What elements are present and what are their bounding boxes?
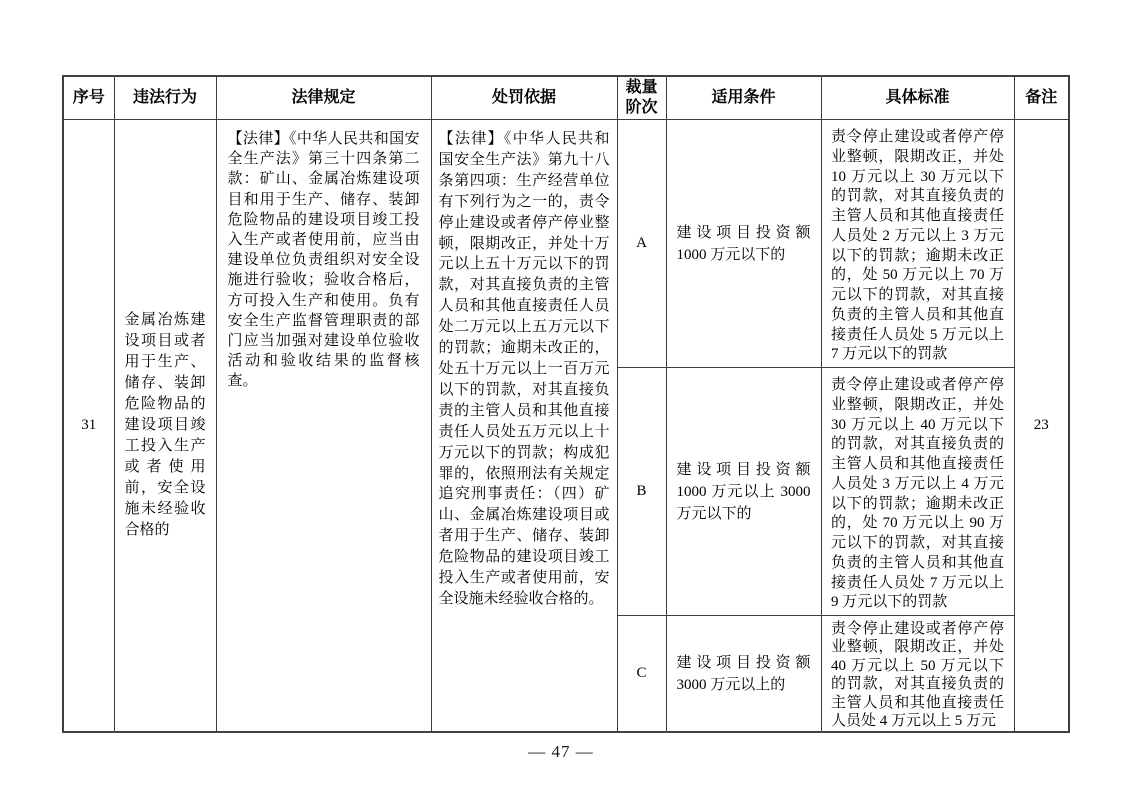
cell-tier-a-condition: 建设项目投资额 1000 万元以下的 xyxy=(666,120,821,368)
table-header-row: 序号 违法行为 法律规定 处罚依据 裁量阶次 适用条件 具体标准 备注 xyxy=(63,76,1069,120)
header-discretion-tier: 裁量阶次 xyxy=(617,76,666,120)
cell-tier-c-standard: 责令停止建设或者停产停业整顿，限期改正，并处 40 万元以上 50 万元以下的罚… xyxy=(821,616,1014,733)
cell-seq: 31 xyxy=(63,120,114,733)
cell-tier-b-standard: 责令停止建设或者停产停业整顿，限期改正，并处 30 万元以上 40 万元以下的罚… xyxy=(821,368,1014,616)
cell-legal-provision: 【法律】《中华人民共和国安全生产法》第三十四条第二款：矿山、金属冶炼建设项目和用… xyxy=(216,120,431,733)
table-row-tier-a: 31 金属冶炼建设项目或者用于生产、储存、装卸危险物品的建设项目竣工投入生产或者… xyxy=(63,120,1069,368)
cell-tier-b-condition: 建设项目投资额 1000 万元以上 3000 万元以下的 xyxy=(666,368,821,616)
penalty-discretion-table: 序号 违法行为 法律规定 处罚依据 裁量阶次 适用条件 具体标准 备注 31 金… xyxy=(62,75,1070,733)
header-legal-provision: 法律规定 xyxy=(216,76,431,120)
header-applicable-condition: 适用条件 xyxy=(666,76,821,120)
cell-tier-b-level: B xyxy=(617,368,666,616)
cell-tier-a-level: A xyxy=(617,120,666,368)
cell-penalty-basis: 【法律】《中华人民共和国安全生产法》第九十八条第四项：生产经营单位有下列行为之一… xyxy=(431,120,617,733)
header-specific-standard: 具体标准 xyxy=(821,76,1014,120)
page-number: — 47 — xyxy=(0,742,1122,762)
header-seq: 序号 xyxy=(63,76,114,120)
cell-tier-a-standard: 责令停止建设或者停产停业整顿，限期改正，并处 10 万元以上 30 万元以下的罚… xyxy=(821,120,1014,368)
header-penalty-basis: 处罚依据 xyxy=(431,76,617,120)
cell-tier-c-condition: 建设项目投资额 3000 万元以上的 xyxy=(666,616,821,733)
cell-violation: 金属冶炼建设项目或者用于生产、储存、装卸危险物品的建设项目竣工投入生产或者使用前… xyxy=(114,120,216,733)
tier-c-standard-clipped-text: 责令停止建设或者停产停业整顿，限期改正，并处 40 万元以上 50 万元以下的罚… xyxy=(831,620,1004,731)
header-remark: 备注 xyxy=(1014,76,1069,120)
header-violation: 违法行为 xyxy=(114,76,216,120)
document-page: 序号 违法行为 法律规定 处罚依据 裁量阶次 适用条件 具体标准 备注 31 金… xyxy=(0,0,1122,793)
cell-remark: 23 xyxy=(1014,120,1069,733)
cell-tier-c-level: C xyxy=(617,616,666,733)
